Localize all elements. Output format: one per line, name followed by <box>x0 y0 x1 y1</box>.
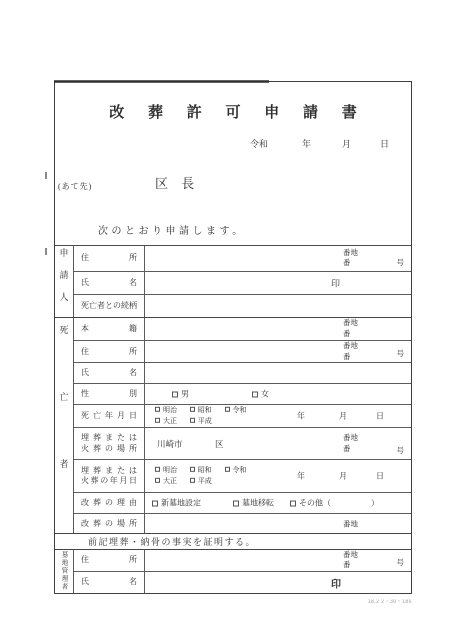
go-annotation: 号 <box>397 257 405 268</box>
checkbox-female[interactable] <box>252 391 258 397</box>
checkbox-taisho[interactable] <box>155 478 160 483</box>
deceased-honseki-label: 本籍 <box>81 324 137 334</box>
era-checkbox-group: 明治 昭和 令和 大正 平成 <box>155 405 258 427</box>
burial-date-label-cell: 埋葬または 火葬の年月日 <box>74 460 145 492</box>
applicant-relation-label-cell: 死亡者との続柄 <box>74 295 145 317</box>
banchi-annotation: 番地 番 <box>343 248 358 270</box>
table-row: 氏名 <box>74 362 411 382</box>
checkbox-male[interactable] <box>172 391 178 397</box>
date-year-label: 年 <box>302 137 311 150</box>
applicant-name-label-cell: 氏名 <box>74 272 145 294</box>
burial-date-label-line2: 火葬の年月日 <box>81 476 137 486</box>
checkbox-taisho[interactable] <box>155 418 160 423</box>
form-title: 改 葬 許 可 申 請 書 <box>55 101 411 122</box>
ward-label: 区 <box>215 438 224 450</box>
manager-name-label: 氏名 <box>81 577 137 587</box>
deceased-address-input[interactable]: 番地 番 号 <box>145 341 411 362</box>
table-row: 死亡年月日 明治 昭和 令和 大正 <box>74 404 411 427</box>
seal-mark-bold: 印 <box>331 575 341 590</box>
applicant-relation-input[interactable] <box>145 295 411 317</box>
table-row: 死亡者との続柄 <box>74 294 411 317</box>
sex-input-cell: 男 女 <box>145 384 411 404</box>
seal-mark: 印 <box>331 277 340 290</box>
applicant-section-label-cell: 申請人 <box>55 246 74 317</box>
burial-place-label-cell: 埋葬または 火葬の場所 <box>74 428 145 459</box>
new-place-label: 改葬の場所 <box>81 519 137 529</box>
reason-option-new-grave: 新墓地設定 <box>152 498 201 509</box>
addressee-title: 区 長 <box>155 173 199 192</box>
checkbox-other[interactable] <box>290 501 296 507</box>
table-row: 本籍 番地 番 <box>74 318 411 341</box>
checkbox-heisei[interactable] <box>190 418 195 423</box>
deceased-name-input[interactable] <box>145 363 411 382</box>
date-era-label: 令和 <box>250 137 268 150</box>
manager-section: 墓地管理者 住所 番地 番 号 <box>55 549 411 593</box>
table-row: 性別 男 女 <box>74 383 411 404</box>
applicant-address-label: 住所 <box>81 253 137 263</box>
intro-text: 次のとおり申請します。 <box>98 222 246 237</box>
death-date-label: 死亡年月日 <box>81 411 137 421</box>
table-row: 改葬の理由 新墓地設定 墓地移転 その他（ ） <box>74 492 411 513</box>
burial-place-input[interactable]: 川崎市 区 番地 番 号 <box>145 428 411 459</box>
checkbox-meiji[interactable] <box>155 407 160 412</box>
print-code: 18.2 2・30・186 <box>368 597 412 605</box>
burial-date-label-line1: 埋葬または <box>81 466 137 476</box>
reason-label-cell: 改葬の理由 <box>74 493 145 513</box>
checkbox-reiwa[interactable] <box>225 407 230 412</box>
new-place-label-cell: 改葬の場所 <box>74 514 145 533</box>
checkbox-relocation[interactable] <box>233 501 239 507</box>
manager-address-label-cell: 住所 <box>74 550 145 572</box>
manager-address-input[interactable]: 番地 番 号 <box>145 550 411 572</box>
table-row: 氏名 印 <box>74 271 411 294</box>
table-row: 住所 番地 番 号 <box>74 340 411 362</box>
burial-date-input-cell: 明治 昭和 令和 大正 平成 年 <box>145 460 411 492</box>
application-table: 申請人 住所 番地 番 号 <box>55 245 411 593</box>
manager-section-label: 墓地管理者 <box>60 551 69 591</box>
deceased-address-label: 住所 <box>81 347 137 357</box>
death-date-label-cell: 死亡年月日 <box>74 405 145 427</box>
banchi-annotation: 番地 番 <box>343 433 358 455</box>
reason-label: 改葬の理由 <box>81 498 137 508</box>
form-frame: 改 葬 許 可 申 請 書 令和 年 月 日 (あて先) 区 長 次のとおり申請… <box>54 81 412 594</box>
era-checkbox-group: 明治 昭和 令和 大正 平成 <box>155 465 258 487</box>
applicant-address-input[interactable]: 番地 番 号 <box>145 246 411 271</box>
deceased-address-label-cell: 住所 <box>74 341 145 362</box>
applicant-relation-label: 死亡者との続柄 <box>81 301 137 311</box>
reason-option-other: その他（ ） <box>290 498 379 509</box>
checkbox-meiji[interactable] <box>155 467 160 472</box>
burial-place-label-line2: 火葬の場所 <box>81 444 137 454</box>
scanned-form-page: 改 葬 許 可 申 請 書 令和 年 月 日 (あて先) 区 長 次のとおり申請… <box>0 0 456 643</box>
banchi-annotation: 番地 番 <box>343 550 358 572</box>
sex-option-female: 女 <box>252 388 269 399</box>
deceased-section: 死亡者 本籍 番地 番 <box>55 317 411 534</box>
banchi-annotation: 番地 番 <box>343 341 358 363</box>
certification-text-row: 前記埋葬・納骨の事実を証明する。 <box>55 533 411 548</box>
fold-mark <box>45 172 47 179</box>
checkbox-showa[interactable] <box>190 407 195 412</box>
manager-section-label-cell: 墓地管理者 <box>55 550 74 593</box>
reason-input-cell: 新墓地設定 墓地移転 その他（ ） <box>145 493 411 513</box>
checkbox-reiwa[interactable] <box>225 467 230 472</box>
deceased-honseki-label-cell: 本籍 <box>74 318 145 341</box>
city-label: 川崎市 <box>157 438 183 450</box>
sex-label: 性別 <box>81 389 137 399</box>
manager-name-input[interactable]: 印 <box>145 572 411 593</box>
date-month-label: 月 <box>342 137 351 150</box>
banchi-annotation: 番地 番 <box>343 318 358 340</box>
go-annotation: 号 <box>397 348 405 359</box>
table-row: 埋葬または 火葬の場所 川崎市 区 番地 番 号 <box>74 427 411 459</box>
applicant-section-label: 申請人 <box>58 248 71 314</box>
go-annotation: 号 <box>397 557 405 568</box>
table-row: 改葬の場所 番地 <box>74 513 411 533</box>
sex-label-cell: 性別 <box>74 384 145 404</box>
deceased-section-label: 死亡者 <box>58 325 71 526</box>
checkbox-heisei[interactable] <box>190 478 195 483</box>
scan-smudge <box>54 80 269 83</box>
new-place-input[interactable]: 番地 <box>145 514 411 533</box>
deceased-name-label: 氏名 <box>81 368 137 378</box>
table-row: 氏名 印 <box>74 571 411 593</box>
addressee-label: (あて先) <box>58 181 92 192</box>
manager-name-label-cell: 氏名 <box>74 572 145 593</box>
applicant-address-label-cell: 住所 <box>74 246 145 271</box>
checkbox-showa[interactable] <box>190 467 195 472</box>
certification-text: 前記埋葬・納骨の事実を証明する。 <box>88 535 256 548</box>
table-row: 住所 番地 番 号 <box>74 550 411 572</box>
fold-mark <box>45 248 47 255</box>
checkbox-new-grave[interactable] <box>152 501 158 507</box>
deceased-section-label-cell: 死亡者 <box>55 318 74 534</box>
table-row: 埋葬または 火葬の年月日 明治 昭和 令和 <box>74 459 411 492</box>
death-date-input-cell: 明治 昭和 令和 大正 平成 年 <box>145 405 411 427</box>
date-day-label: 日 <box>380 137 389 150</box>
banchi-annotation: 番地 <box>343 518 358 529</box>
applicant-name-input[interactable]: 印 <box>145 272 411 294</box>
applicant-section: 申請人 住所 番地 番 号 <box>55 245 411 317</box>
deceased-name-label-cell: 氏名 <box>74 363 145 382</box>
manager-address-label: 住所 <box>81 555 137 565</box>
go-annotation: 号 <box>397 445 405 456</box>
deceased-honseki-input[interactable]: 番地 番 <box>145 318 411 341</box>
sex-option-male: 男 <box>172 388 189 399</box>
burial-place-label-line1: 埋葬または <box>81 433 137 443</box>
table-row: 住所 番地 番 号 <box>74 246 411 271</box>
reason-option-relocation: 墓地移転 <box>233 498 274 509</box>
applicant-name-label: 氏名 <box>81 278 137 288</box>
